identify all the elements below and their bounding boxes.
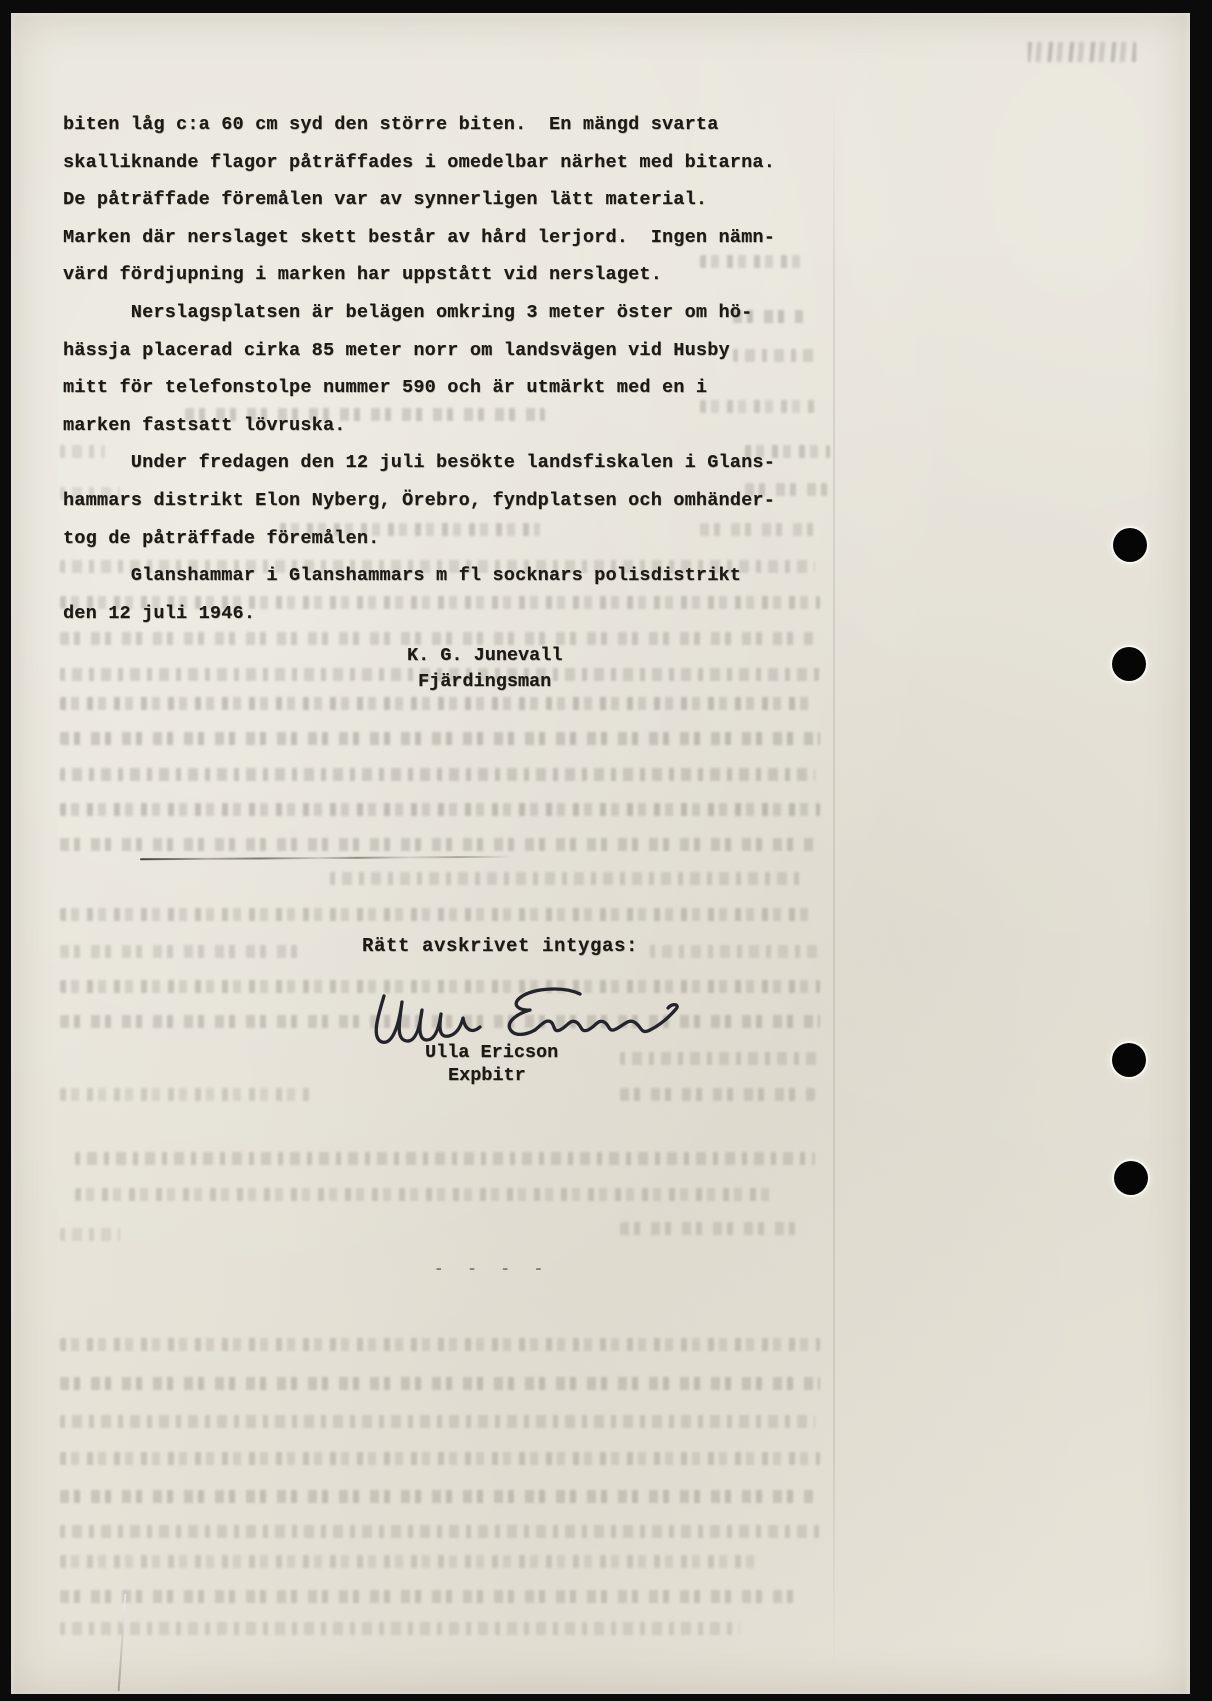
bleedthrough-line — [60, 768, 815, 781]
punch-hole — [1112, 647, 1146, 681]
body-line: Nerslagsplatsen är belägen omkring 3 met… — [63, 294, 775, 332]
body-line: biten låg c:a 60 cm syd den större biten… — [63, 106, 775, 144]
bleedthrough-line — [60, 1622, 740, 1635]
body-line: skalliknande flagor påträffades i omedel… — [63, 144, 775, 182]
bleedthrough-line — [650, 945, 820, 958]
bleedthrough-line — [60, 1590, 800, 1603]
body-line: värd fördjupning i marken har uppstått v… — [63, 256, 775, 294]
body-line: Glanshammar i Glanshammars m fl socknars… — [63, 557, 775, 595]
bleedthrough-line — [75, 1188, 775, 1201]
bleedthrough-line — [60, 1088, 310, 1101]
bleedthrough-line — [60, 1555, 760, 1568]
bleedthrough-line — [60, 632, 815, 645]
pencil-annotation — [1028, 42, 1136, 62]
punch-hole — [1113, 528, 1147, 562]
typed-body: biten låg c:a 60 cm syd den större biten… — [63, 106, 775, 632]
bleedthrough-line — [60, 908, 815, 921]
punch-hole — [1114, 1161, 1148, 1195]
bleedthrough-line — [60, 1377, 820, 1390]
body-line: hammars distrikt Elon Nyberg, Örebro, fy… — [63, 482, 775, 520]
bleedthrough-line — [60, 732, 820, 745]
bleedthrough-line — [60, 1415, 815, 1428]
certification-label: Rätt avskrivet intygas: — [362, 935, 638, 957]
body-line: hässja placerad cirka 85 meter norr om l… — [63, 332, 775, 370]
body-line: Marken där nerslaget skett består av hår… — [63, 219, 775, 257]
body-line: tog de påträffade föremålen. — [63, 520, 775, 558]
bleedthrough-line — [620, 1222, 800, 1235]
bleedthrough-line — [620, 1088, 815, 1101]
certifier-typed-name: Ulla Ericson — [425, 1042, 558, 1063]
bleedthrough-line — [60, 838, 815, 851]
body-line: den 12 juli 1946. — [63, 595, 775, 633]
scanned-document-screenshot: { "document": { "language": "Swedish", "… — [0, 0, 1212, 1701]
bleedthrough-line — [60, 1525, 820, 1538]
bleedthrough-line — [60, 1490, 815, 1503]
bleedthrough-line — [60, 1228, 120, 1241]
body-line: mitt för telefonstolpe nummer 590 och är… — [63, 369, 775, 407]
certifier-typed-title: Expbitr — [448, 1065, 526, 1086]
bleedthrough-line — [60, 1452, 820, 1465]
bleedthrough-line — [60, 945, 300, 958]
signatory-name: K. G. Junevall — [407, 645, 562, 666]
body-line: De påträffade föremålen var av synnerlig… — [63, 181, 775, 219]
bleedthrough-line — [330, 872, 800, 885]
bleedthrough-line — [75, 1152, 815, 1165]
signatory-title: Fjärdingsman — [418, 671, 551, 692]
body-line: Under fredagen den 12 juli besökte lands… — [63, 444, 775, 482]
punch-hole — [1112, 1043, 1146, 1077]
bleedthrough-line — [60, 697, 815, 710]
vertical-crease — [833, 90, 835, 1680]
bleedthrough-line — [60, 803, 820, 816]
bleedthrough-line — [60, 1338, 820, 1351]
dash-separator: - - - - — [434, 1260, 550, 1278]
body-line: marken fastsatt lövruska. — [63, 407, 775, 445]
